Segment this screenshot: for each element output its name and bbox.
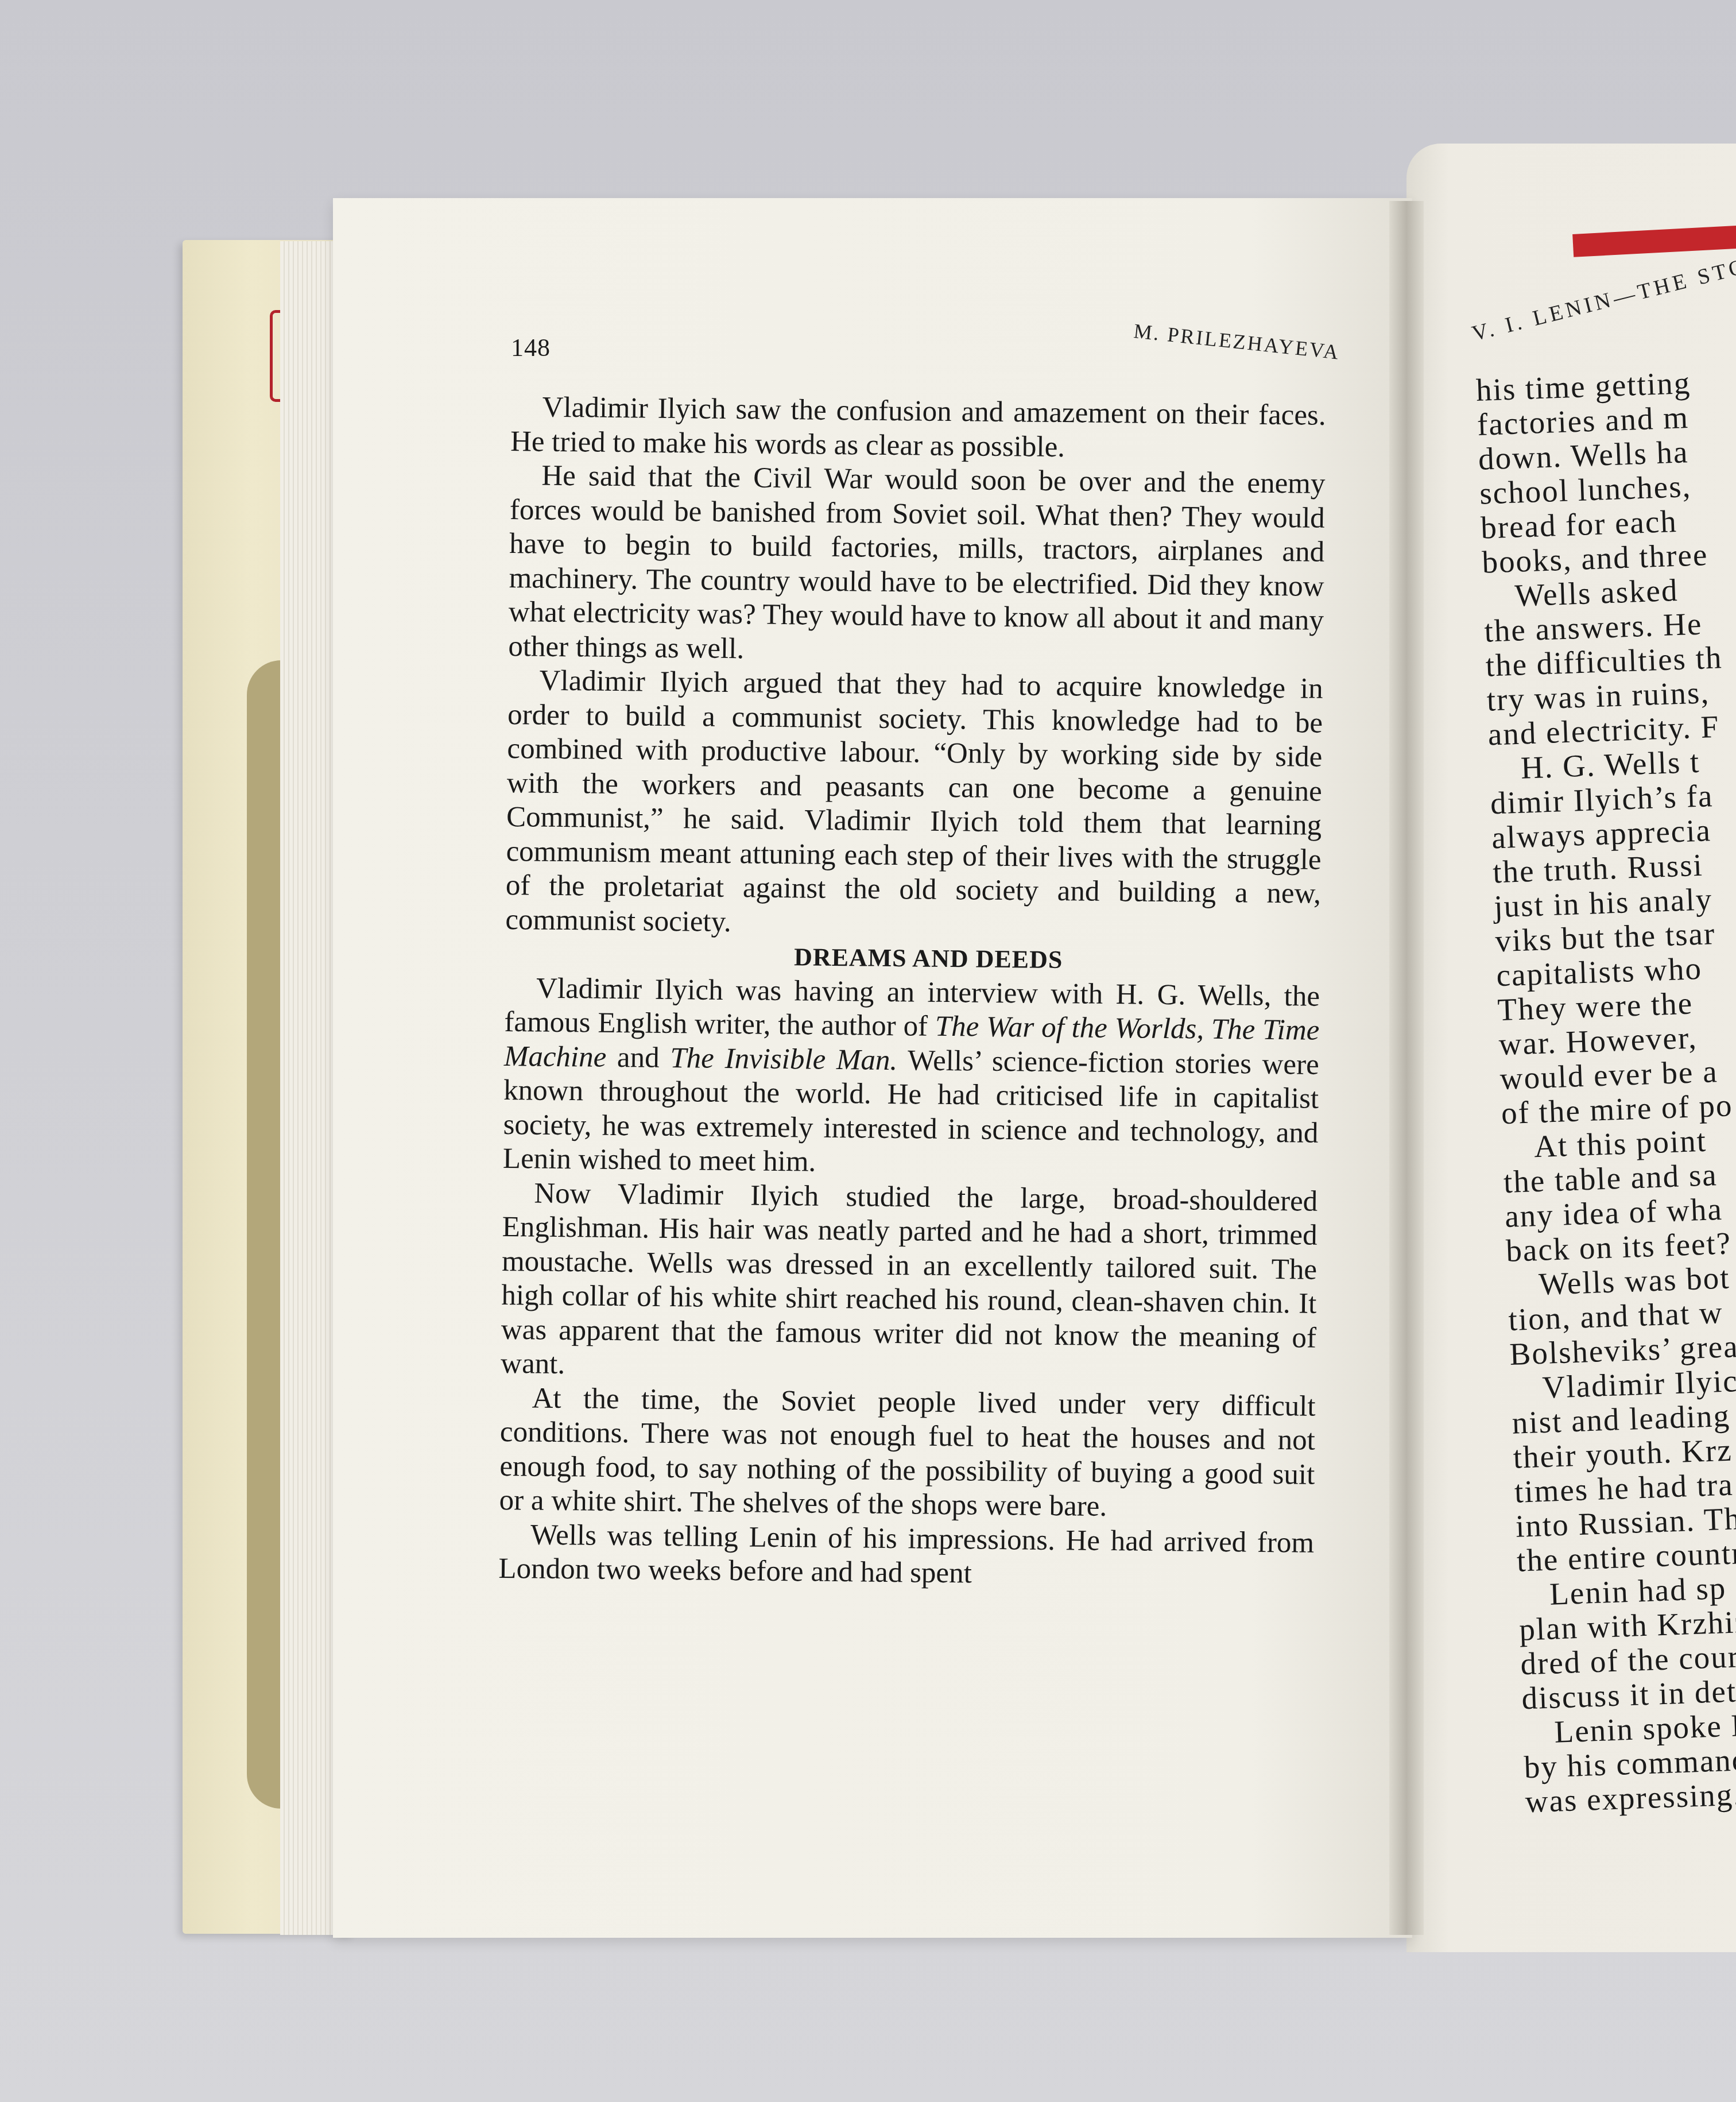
paragraph-interview: Vladimir Ilyich was having an interview … <box>503 971 1320 1184</box>
paragraph: Wells was telling Lenin of his impressio… <box>498 1518 1314 1594</box>
paragraph: Vladimir Ilyich argued that they had to … <box>505 664 1323 946</box>
right-page-body: his time gettingfactories and mdown. Wel… <box>1475 355 1736 1820</box>
book-title-italic: The Invisible Man. <box>670 1042 897 1076</box>
paragraph: He said that the Civil War would soon be… <box>508 459 1326 672</box>
page-number: 148 <box>511 333 551 362</box>
page-edges <box>280 241 338 1935</box>
paragraph: At the time, the Soviet people lived und… <box>499 1381 1315 1526</box>
text-run: and <box>606 1041 671 1074</box>
paragraph: Now Vladimir Ilyich studied the large, b… <box>501 1176 1318 1389</box>
left-page-body: Vladimir Ilyich saw the confusion and am… <box>498 390 1326 1594</box>
right-page-clip: V. I. LENIN—THE STO his time gettingfact… <box>1406 144 1736 1952</box>
paragraph: Vladimir Ilyich saw the confusion and am… <box>510 390 1326 467</box>
right-running-head: V. I. LENIN—THE STO <box>1470 253 1736 346</box>
